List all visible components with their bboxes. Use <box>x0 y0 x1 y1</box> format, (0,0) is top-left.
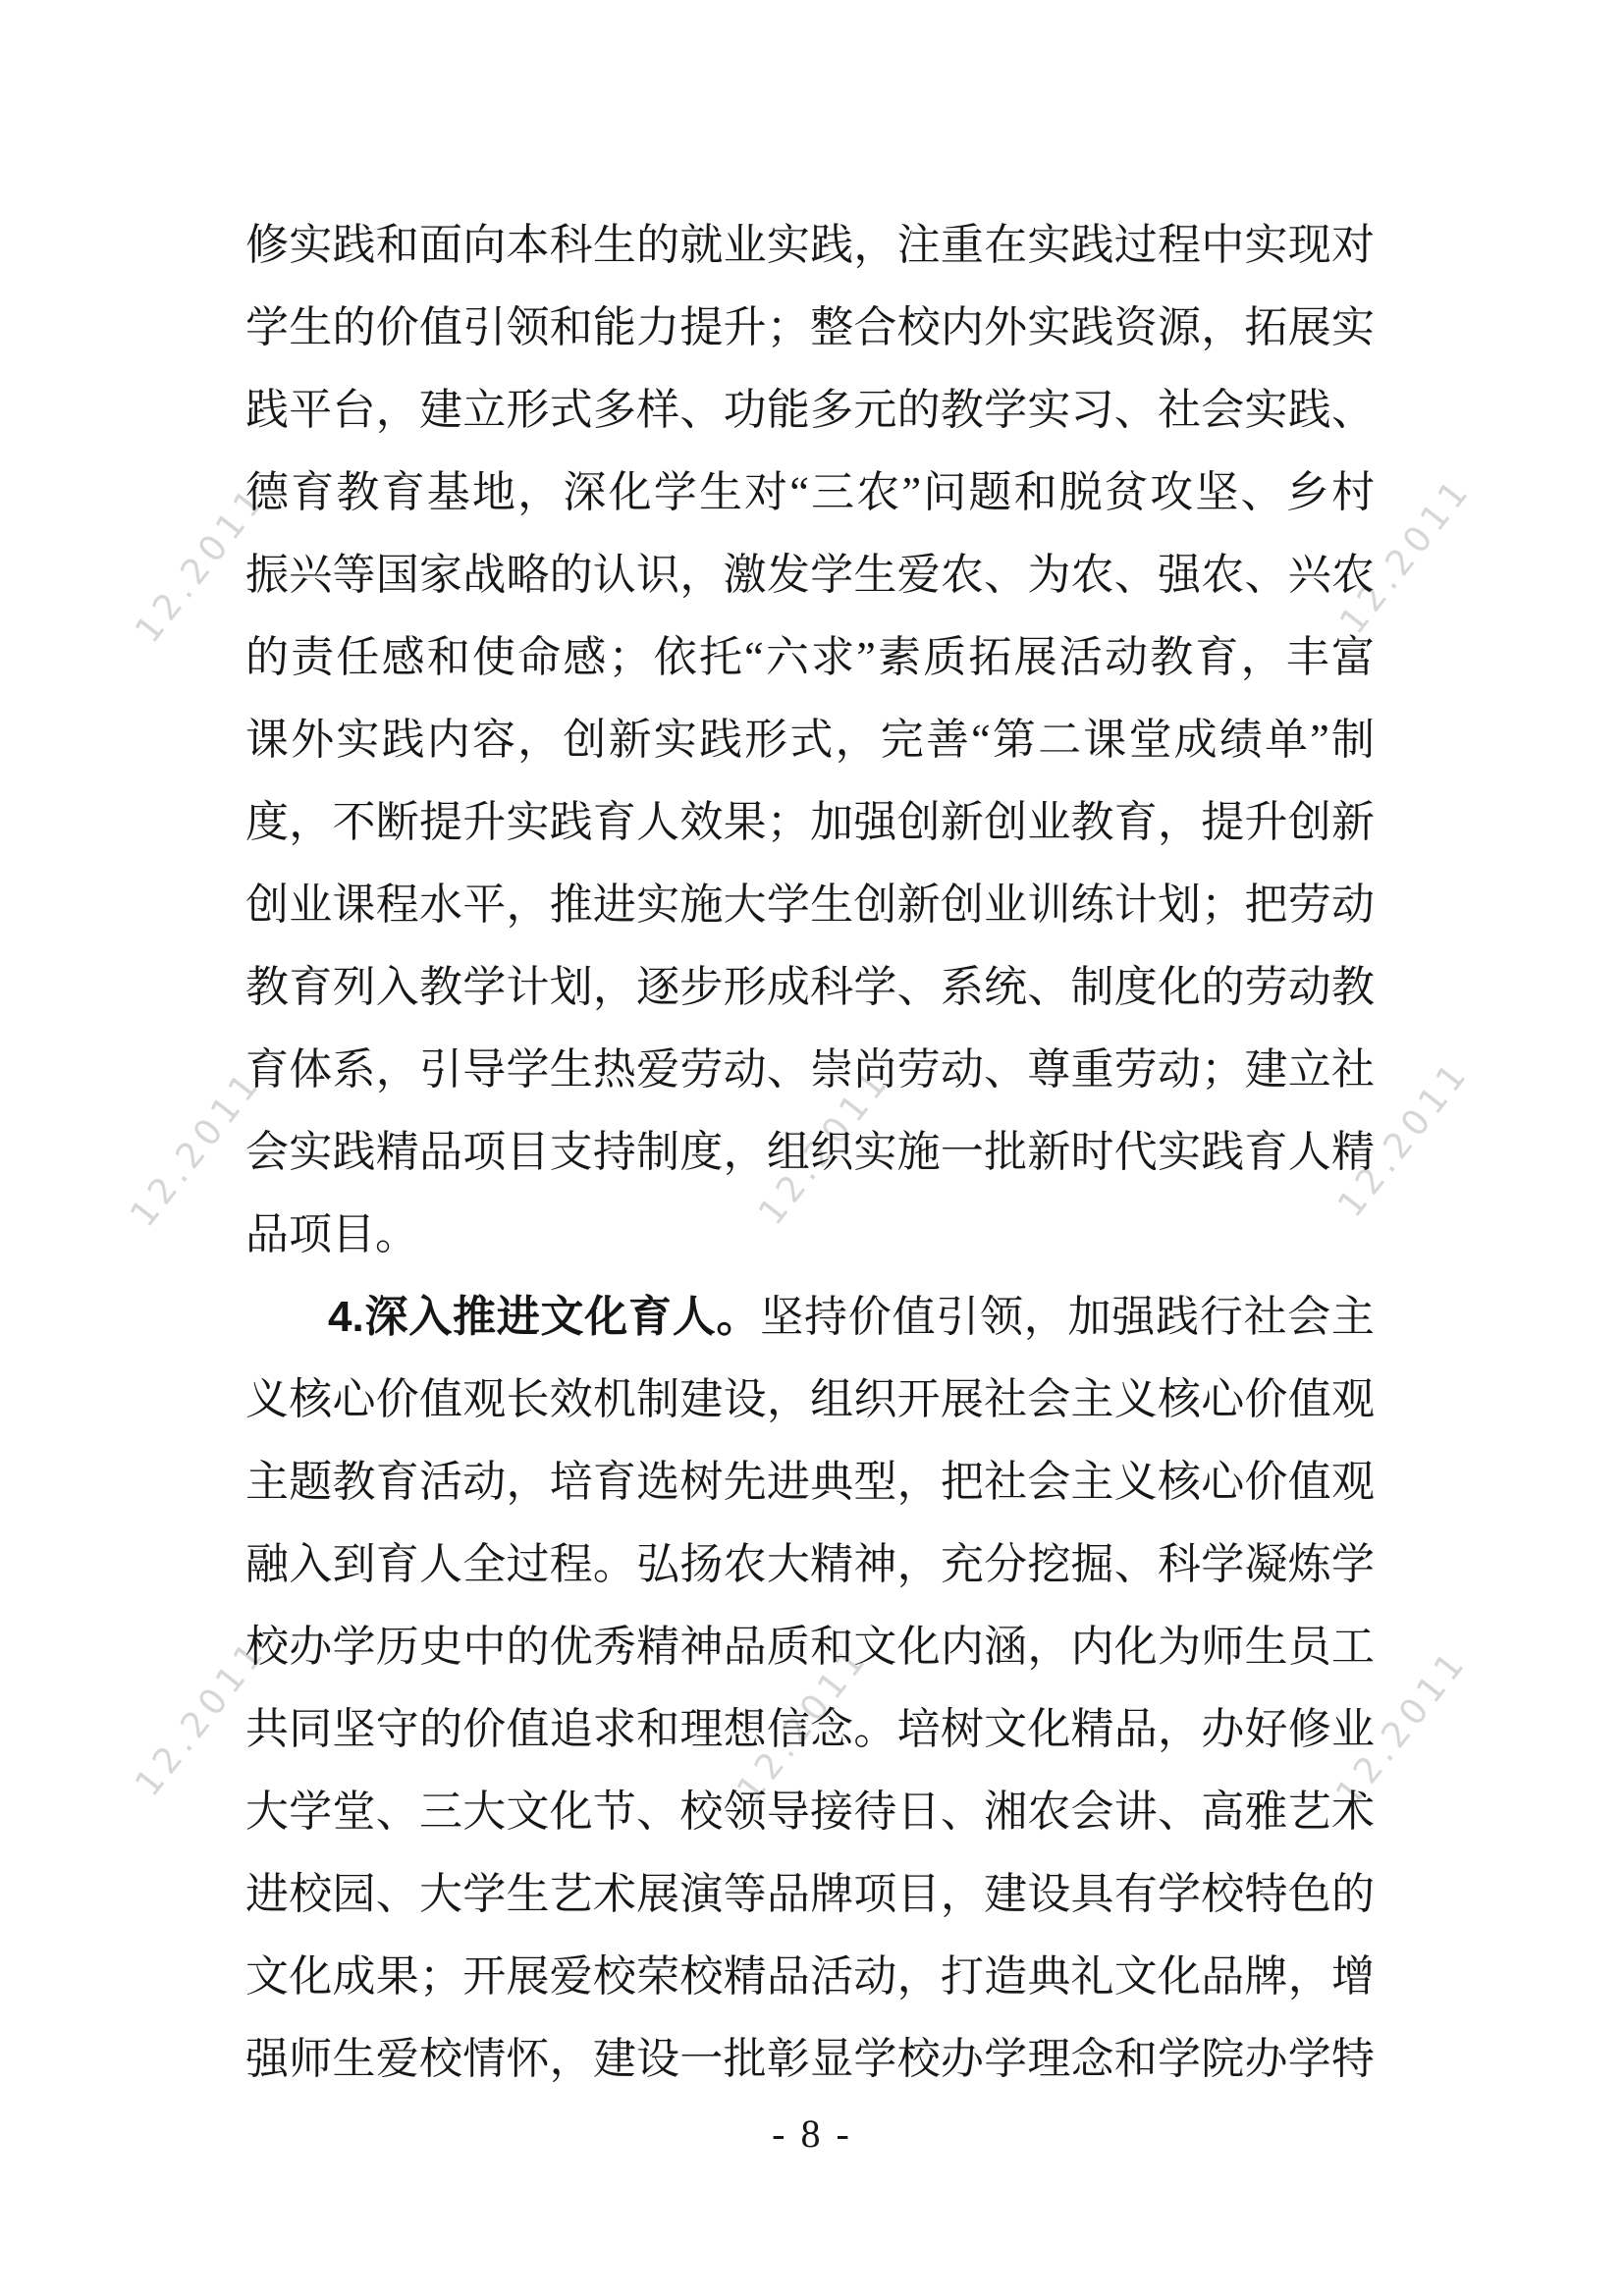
text-line: 振兴等国家战略的认识，激发学生爱农、为农、强农、兴农 <box>245 534 1375 616</box>
text-segment: 的责任感和使命感；依托“六求”素质拓展活动教育，丰富 <box>245 633 1375 681</box>
text-line: 文化成果；开展爱校荣校精品活动，打造典礼文化品牌，增 <box>245 1936 1375 2018</box>
text-line: 强师生爱校情怀，建设一批彰显学校办学理念和学院办学特 <box>245 2018 1375 2101</box>
text-line: 4.深入推进文化育人。坚持价值引领，加强践行社会主 <box>245 1276 1375 1359</box>
text-segment: 品项目。 <box>245 1210 418 1258</box>
document-body: 修实践和面向本科生的就业实践，注重在实践过程中实现对学生的价值引领和能力提升；整… <box>245 204 1375 2101</box>
text-segment: 主题教育活动，培育选树先进典型，把社会主义核心价值观 <box>245 1458 1375 1506</box>
text-line: 共同坚守的价值追求和理想信念。培树文化精品，办好修业 <box>245 1688 1375 1771</box>
text-line: 主题教育活动，培育选树先进典型，把社会主义核心价值观 <box>245 1441 1375 1523</box>
text-line: 义核心价值观长效机制建设，组织开展社会主义核心价值观 <box>245 1359 1375 1441</box>
text-line: 践平台，建立形式多样、功能多元的教学实习、社会实践、 <box>245 369 1375 452</box>
text-line: 大学堂、三大文化节、校领导接待日、湘农会讲、高雅艺术 <box>245 1771 1375 1853</box>
text-segment: 课外实践内容，创新实践形式，完善“第二课堂成绩单”制 <box>245 716 1375 764</box>
text-segment: 教育列入教学计划，逐步形成科学、系统、制度化的劳动教 <box>245 963 1375 1011</box>
text-line: 学生的价值引领和能力提升；整合校内外实践资源，拓展实 <box>245 287 1375 369</box>
text-line: 进校园、大学生艺术展演等品牌项目，建设具有学校特色的 <box>245 1853 1375 1936</box>
heading-segment: 4.深入推进文化育人。 <box>328 1293 760 1341</box>
text-segment: 会实践精品项目支持制度，组织实施一批新时代实践育人精 <box>245 1128 1375 1176</box>
text-segment: 文化成果；开展爱校荣校精品活动，打造典礼文化品牌，增 <box>245 1952 1375 2001</box>
text-segment: 践平台，建立形式多样、功能多元的教学实习、社会实践、 <box>245 386 1375 434</box>
text-line: 创业课程水平，推进实施大学生创新创业训练计划；把劳动 <box>245 864 1375 946</box>
text-segment: 融入到育人全过程。弘扬农大精神，充分挖掘、科学凝炼学 <box>245 1540 1375 1588</box>
page-number: - 8 - <box>0 2110 1624 2157</box>
text-segment: 度，不断提升实践育人效果；加强创新创业教育，提升创新 <box>245 798 1375 846</box>
text-line: 育体系，引导学生热爱劳动、崇尚劳动、尊重劳动；建立社 <box>245 1029 1375 1111</box>
text-line: 融入到育人全过程。弘扬农大精神，充分挖掘、科学凝炼学 <box>245 1523 1375 1606</box>
text-segment: 德育教育基地，深化学生对“三农”问题和脱贫攻坚、乡村 <box>245 468 1375 516</box>
text-segment: 共同坚守的价值追求和理想信念。培树文化精品，办好修业 <box>245 1705 1375 1753</box>
text-line: 会实践精品项目支持制度，组织实施一批新时代实践育人精 <box>245 1111 1375 1194</box>
text-line: 度，不断提升实践育人效果；加强创新创业教育，提升创新 <box>245 781 1375 864</box>
text-segment: 坚持价值引领，加强践行社会主 <box>760 1293 1375 1341</box>
text-segment: 育体系，引导学生热爱劳动、崇尚劳动、尊重劳动；建立社 <box>245 1045 1375 1094</box>
text-line: 修实践和面向本科生的就业实践，注重在实践过程中实现对 <box>245 204 1375 287</box>
text-line: 德育教育基地，深化学生对“三农”问题和脱贫攻坚、乡村 <box>245 452 1375 534</box>
text-segment: 义核心价值观长效机制建设，组织开展社会主义核心价值观 <box>245 1375 1375 1423</box>
text-segment: 学生的价值引领和能力提升；整合校内外实践资源，拓展实 <box>245 303 1375 351</box>
text-segment: 修实践和面向本科生的就业实践，注重在实践过程中实现对 <box>245 221 1375 269</box>
text-segment: 校办学历史中的优秀精神品质和文化内涵，内化为师生员工 <box>245 1623 1375 1671</box>
text-segment: 创业课程水平，推进实施大学生创新创业训练计划；把劳动 <box>245 881 1375 929</box>
text-line: 校办学历史中的优秀精神品质和文化内涵，内化为师生员工 <box>245 1606 1375 1688</box>
text-segment: 强师生爱校情怀，建设一批彰显学校办学理念和学院办学特 <box>245 2035 1375 2083</box>
document-page: 12.201112.201112.201112.201112.201112.20… <box>0 0 1624 2296</box>
text-segment: 大学堂、三大文化节、校领导接待日、湘农会讲、高雅艺术 <box>245 1788 1375 1836</box>
text-segment: 振兴等国家战略的认识，激发学生爱农、为农、强农、兴农 <box>245 551 1375 599</box>
text-line: 的责任感和使命感；依托“六求”素质拓展活动教育，丰富 <box>245 616 1375 699</box>
text-line: 课外实践内容，创新实践形式，完善“第二课堂成绩单”制 <box>245 699 1375 781</box>
text-segment: 进校园、大学生艺术展演等品牌项目，建设具有学校特色的 <box>245 1870 1375 1918</box>
text-line: 品项目。 <box>245 1194 1375 1276</box>
text-line: 教育列入教学计划，逐步形成科学、系统、制度化的劳动教 <box>245 946 1375 1029</box>
